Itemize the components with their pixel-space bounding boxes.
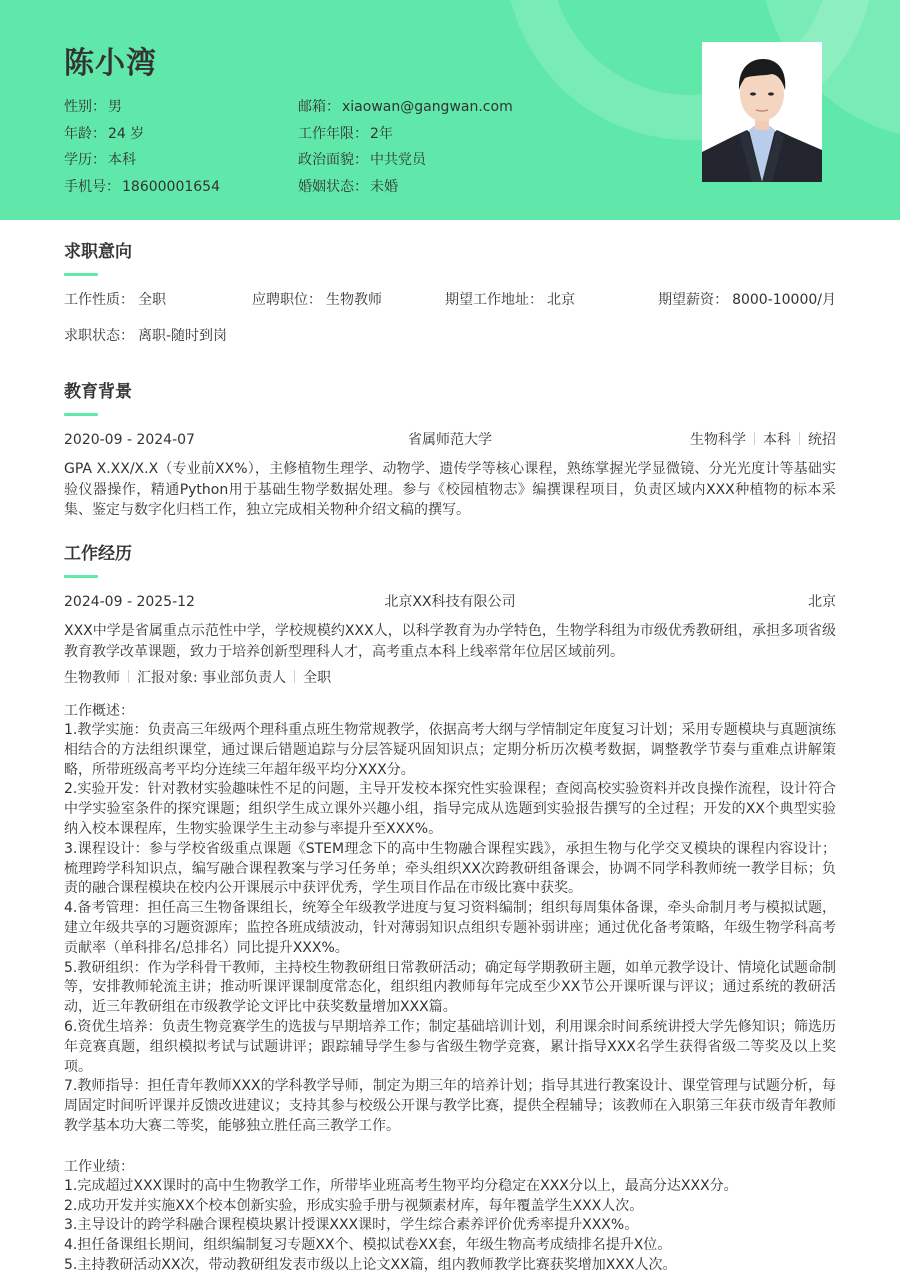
education-description: GPA X.XX/X.X（专业前XX%），主修植物生理学、动物学、遗传学等核心课… xyxy=(64,459,836,521)
divider xyxy=(128,670,129,683)
education-type: 统招 xyxy=(808,432,836,448)
work-achievements-label: 工作业绩： xyxy=(64,1157,836,1177)
overview-item: 4.备考管理：担任高三生物备课组长，统筹全年级教学进度与复习资料编制；组织每周集… xyxy=(64,899,836,958)
info-marital-status: 婚姻状态未婚 xyxy=(298,174,513,201)
divider xyxy=(799,432,800,445)
achievement-item: 5.主持教研活动XX次，带动教研组发表市级以上论文XX篇，组内教师教学比赛获奖增… xyxy=(64,1256,836,1275)
info-phone: 手机号18600001654 xyxy=(64,174,220,201)
info-education: 学历本科 xyxy=(64,147,220,174)
achievement-item: 3.主导设计的跨学科融合课程模块累计授课XXX课时，学生综合素养评价优秀率提升X… xyxy=(64,1216,836,1236)
section-title: 求职意向 xyxy=(64,240,836,264)
info-work-years: 工作年限2年 xyxy=(298,121,513,148)
achievement-item: 1.完成超过XXX课时的高中生物教学工作，所带毕业班高考生物平均分稳定在XXX分… xyxy=(64,1177,836,1197)
overview-item: 2.实验开发：针对教材实验趣味性不足的问题，主导开发校本探究性实验课程；查阅高校… xyxy=(64,780,836,839)
work-achievements-list: 1.完成超过XXX课时的高中生物教学工作，所带毕业班高考生物平均分稳定在XXX分… xyxy=(64,1177,836,1275)
section-job-intent: 求职意向 工作性质全职 应聘职位生物教师 期望工作地址北京 期望薪资8000-1… xyxy=(64,240,836,370)
candidate-name: 陈小湾 xyxy=(64,38,157,82)
section-title: 教育背景 xyxy=(64,380,836,404)
info-gender: 性别男 xyxy=(64,94,220,121)
education-degree: 本科 xyxy=(763,432,791,448)
section-title-underline xyxy=(64,575,98,578)
achievement-item: 4.担任备课组长期间，组织编制复习专题XX个、模拟试卷XX套，年级生物高考成绩排… xyxy=(64,1236,836,1256)
education-major: 生物科学 xyxy=(690,432,746,448)
divider xyxy=(754,432,755,445)
overview-item: 5.教研组织：作为学科骨干教师，主持校生物教研组日常教研活动；确定每学期教研主题… xyxy=(64,959,836,1018)
resume-header: 陈小湾 性别男 年龄24 岁 学历本科 手机号18600001654 邮箱xia… xyxy=(0,0,900,220)
section-work-experience: 工作经历 2024-09 - 2025-12 北京XX科技有限公司 北京 XXX… xyxy=(64,542,836,1275)
work-tag-type: 全职 xyxy=(303,670,331,686)
work-tag-report-to: 汇报对象: 事业部负责人 xyxy=(137,670,286,686)
basic-info-left: 性别男 年龄24 岁 学历本科 手机号18600001654 xyxy=(64,94,220,200)
avatar-portrait-icon xyxy=(702,42,822,182)
job-intent-grid: 工作性质全职 应聘职位生物教师 期望工作地址北京 期望薪资8000-10000/… xyxy=(64,290,836,370)
work-overview-list: 1.教学实施：负责高三年级两个理科重点班生物常规教学，依据高考大纲与学情制定年度… xyxy=(64,721,836,1137)
profile-photo xyxy=(702,42,822,182)
section-title-underline xyxy=(64,413,98,416)
basic-info-right: 邮箱xiaowan@gangwan.com 工作年限2年 政治面貌中共党员 婚姻… xyxy=(298,94,513,200)
overview-item: 1.教学实施：负责高三年级两个理科重点班生物常规教学，依据高考大纲与学情制定年度… xyxy=(64,721,836,780)
work-overview-label: 工作概述： xyxy=(64,701,836,721)
work-location: 北京 xyxy=(808,591,836,613)
education-details: 生物科学本科统招 xyxy=(690,429,836,451)
company-description: XXX中学是省属重点示范性中学，学校规模约XXX人，以科学教育为办学特色，生物学… xyxy=(64,621,836,662)
info-email: 邮箱xiaowan@gangwan.com xyxy=(298,94,513,121)
section-education: 教育背景 2020-09 - 2024-07 省属师范大学 生物科学本科统招 G… xyxy=(64,380,836,521)
intent-position: 应聘职位生物教师 xyxy=(252,290,382,310)
work-tags: 生物教师汇报对象: 事业部负责人全职 xyxy=(64,668,836,688)
intent-work-type: 工作性质全职 xyxy=(64,290,166,310)
overview-item: 3.课程设计：参与学校省级重点课题《STEM理念下的高中生物融合课程实践》，承担… xyxy=(64,840,836,899)
info-political-status: 政治面貌中共党员 xyxy=(298,147,513,174)
intent-location: 期望工作地址北京 xyxy=(445,290,575,310)
divider xyxy=(294,670,295,683)
achievement-item: 2.成功开发并实施XX个校本创新实验，形成实验手册与视频素材库，每年覆盖学生XX… xyxy=(64,1197,836,1217)
intent-salary: 期望薪资8000-10000/月 xyxy=(658,290,836,310)
section-title: 工作经历 xyxy=(64,542,836,566)
work-company: 北京XX科技有限公司 xyxy=(64,591,836,613)
section-title-underline xyxy=(64,273,98,276)
intent-status: 求职状态离职-随时到岗 xyxy=(64,326,227,346)
work-summary-row: 2024-09 - 2025-12 北京XX科技有限公司 北京 xyxy=(64,591,836,613)
overview-item: 6.资优生培养：负责生物竞赛学生的选拔与早期培养工作；制定基础培训计划，利用课余… xyxy=(64,1018,836,1077)
overview-item: 7.教师指导：担任青年教师XXX的学科教学导师，制定为期三年的培养计划；指导其进… xyxy=(64,1077,836,1136)
work-tag-title: 生物教师 xyxy=(64,670,120,686)
info-age: 年龄24 岁 xyxy=(64,121,220,148)
education-summary-row: 2020-09 - 2024-07 省属师范大学 生物科学本科统招 xyxy=(64,429,836,451)
